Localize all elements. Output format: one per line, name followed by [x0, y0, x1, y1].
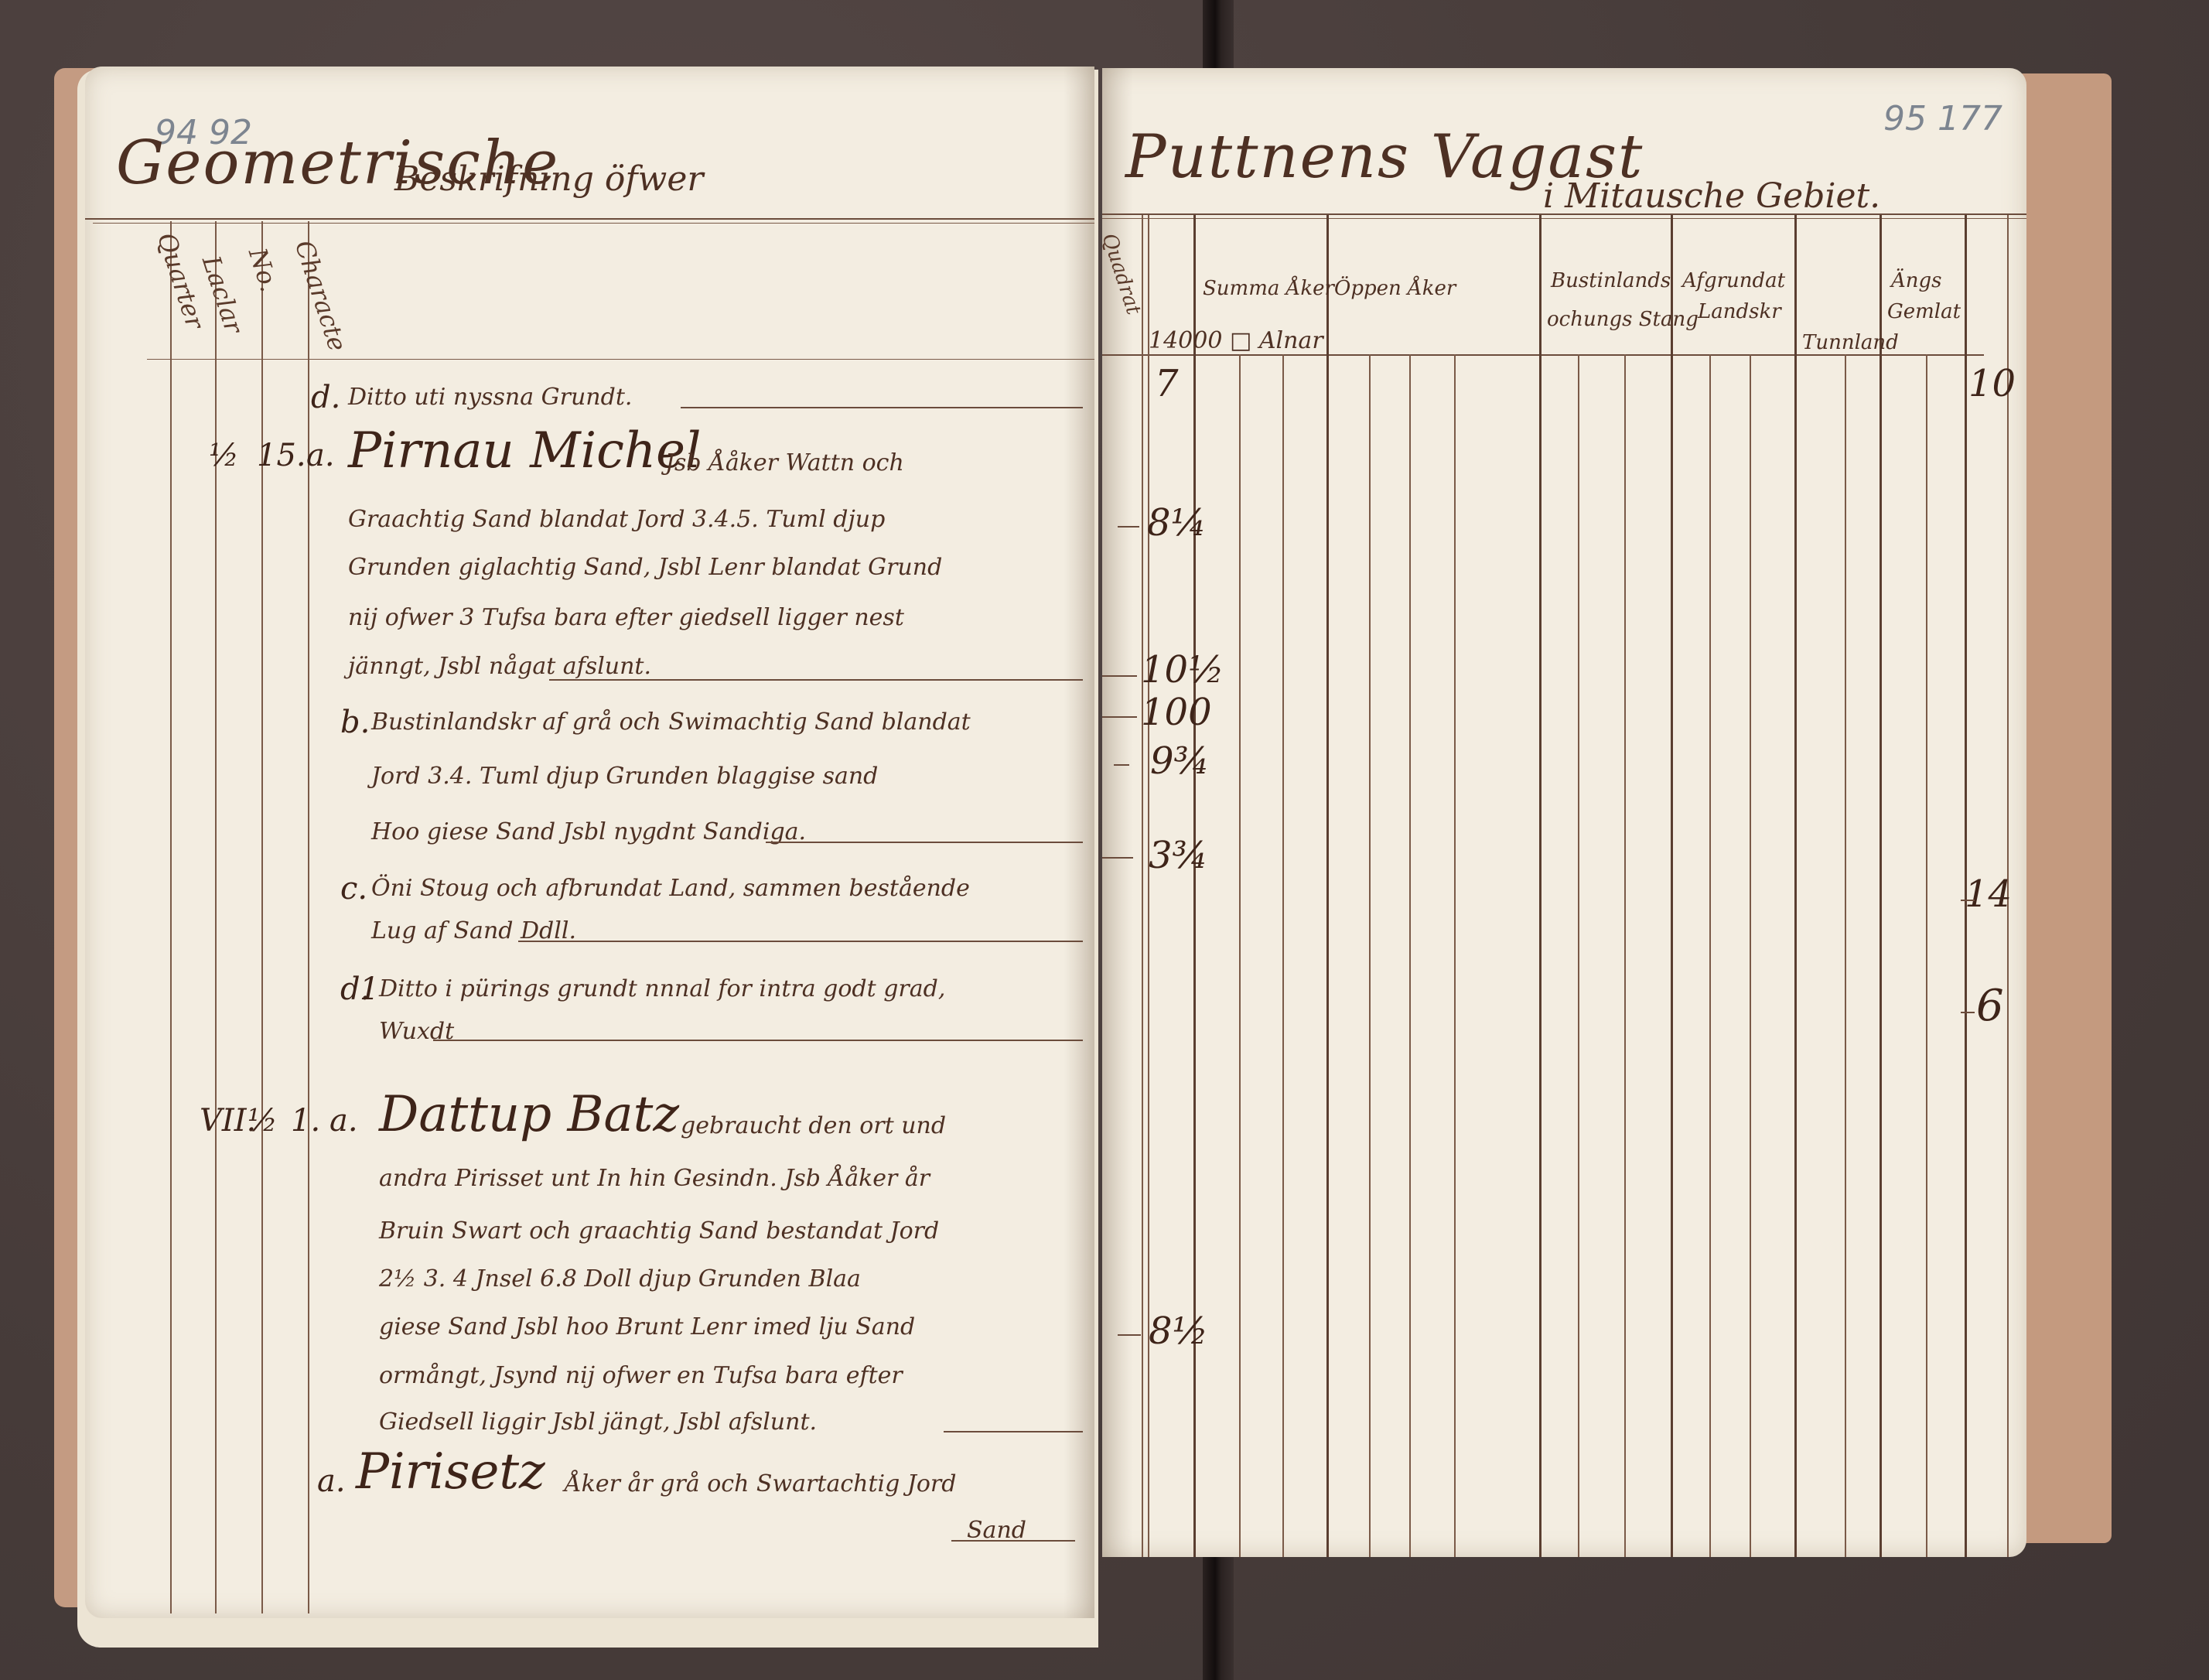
column-line — [170, 221, 172, 1613]
entry-no: 1 — [360, 971, 379, 1007]
column-header-bottom-rule — [1102, 354, 1984, 356]
entry-line: giese Sand Jsbl hoo Brunt Lenr imed lju … — [379, 1313, 915, 1340]
column-line — [1193, 215, 1196, 1557]
column-line — [1926, 354, 1927, 1557]
angs-value: 14 — [1965, 872, 2012, 916]
entry-end-rule — [766, 842, 1083, 843]
header-rule-2 — [93, 223, 1094, 224]
column-line — [1880, 215, 1882, 1557]
column-line — [1409, 354, 1411, 1557]
entry-lot: ½ — [248, 1103, 278, 1139]
entry-no: 15. — [257, 438, 306, 473]
column-header-extra: Gemlat — [1887, 300, 1961, 323]
entry-end-rule — [549, 679, 1083, 681]
entry-line: Grunden giglachtig Sand, Jsbl Lenr bland… — [348, 554, 942, 581]
column-header-character: Characte — [289, 237, 353, 355]
entry-name: Dattup Batz — [379, 1086, 679, 1143]
header-rule — [1102, 213, 2026, 215]
entry-line: 2½ 3. 4 Jnsel 6.8 Doll djup Grunden Blaa — [379, 1265, 861, 1292]
column-line — [308, 221, 309, 1613]
entry-line: nij ofwer 3 Tufsa bara efter giedsell li… — [348, 604, 904, 631]
entry-line: jänngt, Jsbl någat afslunt. — [348, 653, 651, 680]
entry-line: ormångt, Jsynd nij ofwer en Tufsa bara e… — [379, 1362, 903, 1389]
entry-end-rule — [951, 1540, 1075, 1542]
value-dash — [1118, 1334, 1141, 1336]
value-dash — [1102, 857, 1133, 859]
entry-line: Giedsell liggir Jsbl jängt, Jsbl afslunt… — [379, 1409, 817, 1436]
column-line — [1794, 215, 1797, 1557]
column-header-oppen-aker: Öppen Åker — [1334, 277, 1456, 300]
entry-char: a. — [317, 1463, 346, 1499]
entry-line: Bruin Swart och graachtig Sand bestandat… — [379, 1217, 939, 1245]
column-header-quarter: Quarter — [152, 229, 210, 333]
column-line — [1454, 354, 1456, 1557]
value-dash — [1102, 716, 1137, 718]
quadrat-value: 10½ — [1141, 648, 1224, 691]
folio-number-right: 95 177 — [1883, 99, 2002, 138]
entry-name: Pirisetz — [356, 1443, 545, 1501]
column-header-no: No. — [243, 244, 285, 295]
entry-char: a. — [306, 438, 335, 473]
entry-char: a. — [329, 1103, 358, 1139]
entry-line: andra Pirisset unt In hin Gesindn. Jsb Å… — [379, 1165, 930, 1192]
value-dash — [1118, 526, 1139, 528]
column-line — [1539, 215, 1542, 1557]
entry-line: Hoo giese Sand Jsbl nygdnt Sandiga. — [371, 818, 806, 845]
entry-end-rule — [433, 1040, 1083, 1041]
entry-text: Bustinlandskr af grå och Swimachtig Sand… — [371, 709, 971, 736]
entry-char: b. — [340, 705, 370, 740]
entry-char: c. — [340, 871, 367, 907]
column-line — [1845, 354, 1846, 1557]
column-header-afgrundat: Afgrundat — [1682, 269, 1785, 292]
quadrat-value: 8¼ — [1147, 501, 1207, 545]
column-header-bustinlands-sub: ochungs Stang — [1547, 308, 1699, 331]
column-line — [1624, 354, 1626, 1557]
column-line — [1239, 354, 1241, 1557]
column-header-angs: Ängs — [1891, 269, 1942, 292]
entry-end-rule — [944, 1431, 1083, 1432]
value-dash — [1114, 764, 1129, 766]
entry-text: Ditto uti nyssna Grundt. — [348, 384, 632, 411]
value-dash — [1102, 675, 1137, 677]
angs-value: 10 — [1968, 362, 2016, 405]
quadrat-value: 7 — [1155, 362, 1179, 405]
entry-text: Öni Stoug och afbrundat Land, sammen bes… — [371, 875, 970, 902]
page-subtitle-left: Beskrifning öfwer — [394, 159, 703, 199]
quadrat-value: 3¾ — [1149, 834, 1208, 877]
quadrat-value: 100 — [1141, 691, 1212, 734]
angs-value: 6 — [1976, 981, 2004, 1031]
entry-text: Åker år grå och Swartachtig Jord — [565, 1470, 956, 1497]
column-line — [1578, 354, 1579, 1557]
entry-name: Pirnau Michel — [348, 422, 701, 480]
entry-lot: ½ — [209, 438, 239, 473]
column-line — [1750, 354, 1751, 1557]
column-line — [1142, 215, 1143, 1557]
right-page: 95 177 Puttnens Vagast i Mitausche Gebie… — [1102, 68, 2026, 1557]
entry-no: 1. — [291, 1103, 320, 1139]
entry-text: Ditto i pürings grundt nnnal for intra g… — [379, 975, 945, 1002]
header-rule-2 — [1102, 218, 2026, 219]
column-header-summa-aker: Summa Åker — [1203, 277, 1334, 300]
column-line — [1282, 354, 1284, 1557]
column-header-bottom-rule — [147, 359, 1094, 360]
quadrat-value: 8½ — [1149, 1310, 1208, 1353]
page-subtitle-right: i Mitausche Gebiet. — [1543, 176, 1880, 216]
column-line — [1148, 215, 1149, 1557]
entry-line: Graachtig Sand blandat Jord 3.4.5. Tuml … — [348, 506, 885, 533]
quadrat-value: 9¾ — [1150, 739, 1210, 783]
column-line — [1709, 354, 1711, 1557]
entry-line: Jord 3.4. Tuml djup Grunden blaggise san… — [371, 763, 878, 790]
column-line — [215, 221, 217, 1613]
column-header-tunnland: Tunnland — [1802, 331, 1899, 354]
header-rule — [85, 218, 1094, 220]
entry-char: d. — [311, 380, 340, 415]
entry-end-rule — [681, 407, 1083, 408]
column-line — [1369, 354, 1371, 1557]
column-header-afgrundat-sub: Landskr — [1698, 300, 1781, 323]
entry-text: Jsb Ååker Wattn och — [665, 449, 904, 476]
value-dash — [1961, 900, 1975, 901]
entry-text: gebraucht den ort und — [681, 1112, 946, 1139]
entry-end-rule — [518, 941, 1083, 942]
column-header-summa-aker-sub: 14000 □ Alnar — [1149, 327, 1323, 354]
column-header-bustinlands: Bustinlands — [1551, 269, 1671, 292]
column-line — [261, 221, 263, 1613]
column-line — [1671, 215, 1673, 1557]
value-dash — [1961, 1012, 1975, 1013]
left-page: 94 92 Geometrische Beskrifning öfwer Qua… — [85, 67, 1094, 1618]
column-line — [1326, 215, 1329, 1557]
